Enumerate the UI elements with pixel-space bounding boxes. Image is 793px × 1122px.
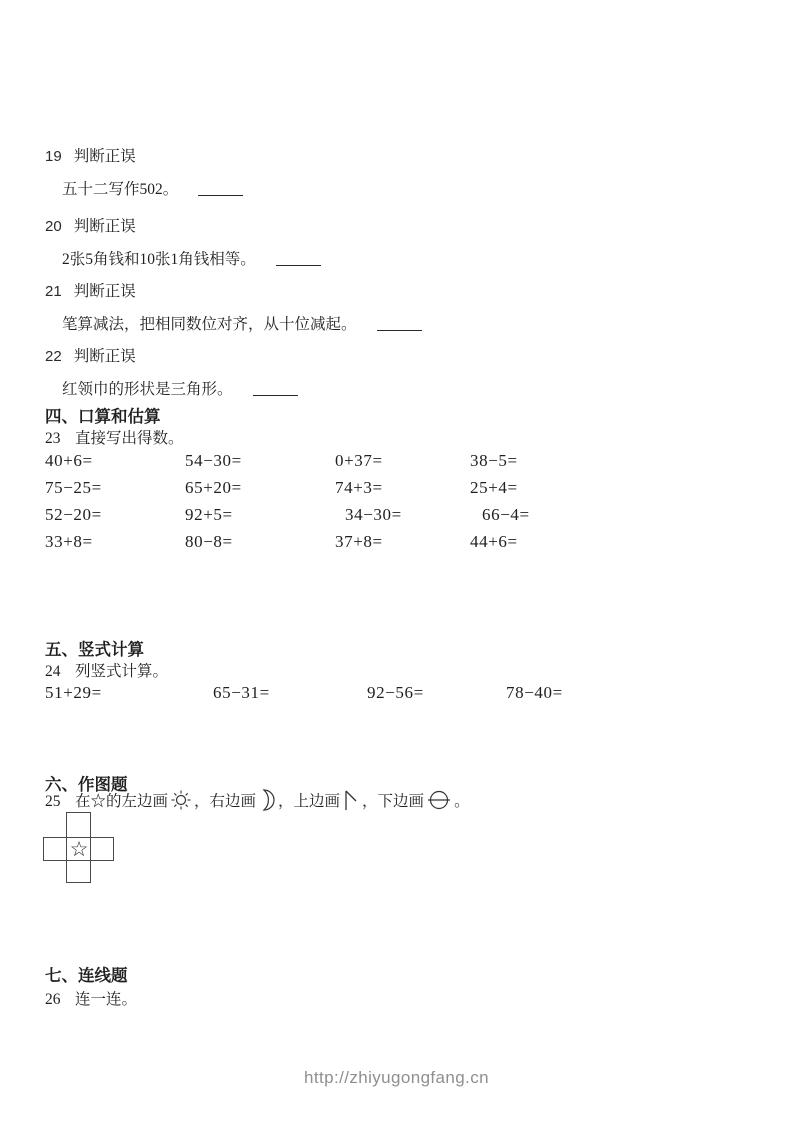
question-23-instruction: 23直接写出得数。 (45, 426, 184, 448)
question-number: 25 (45, 790, 75, 814)
instruction-text: 直接写出得数。 (75, 430, 184, 447)
question-statement: 红领巾的形状是三角形。 (45, 377, 298, 399)
problem-cell: 65−31= (213, 684, 367, 701)
problem-cell: 0+37= (335, 452, 470, 469)
problem-cell: 34−30= (335, 506, 470, 523)
star-glyph: ☆ (67, 837, 91, 861)
question-number: 23 (45, 430, 75, 448)
question-header: 19判断正误 (45, 148, 243, 166)
question-number: 21 (45, 283, 62, 300)
problem-cell: 74+3= (335, 479, 470, 496)
sun-icon (170, 789, 192, 811)
instruction-text-5: 。 (454, 793, 470, 810)
problem-cell: 40+6= (45, 452, 185, 469)
question-number: 24 (45, 663, 75, 681)
judge-question-21: 21判断正误 笔算减法，把相同数位对齐，从十位减起。 (45, 283, 422, 334)
question-26-instruction: 26连一连。 (45, 987, 137, 1009)
question-25-instruction: 25在☆的左边画，右边画，上边画，下边画。 (45, 789, 470, 814)
problem-cell: 54−30= (185, 452, 335, 469)
moon-icon (258, 789, 276, 811)
circle-line-icon (426, 789, 452, 811)
statement-text: 五十二写作502。 (62, 181, 178, 198)
instruction-text-4: ，下边画 (362, 793, 424, 810)
problem-cell: 75−25= (45, 479, 185, 496)
problem-cell: 92+5= (185, 506, 335, 523)
judge-question-19: 19判断正误 五十二写作502。 (45, 148, 243, 199)
question-title: 判断正误 (74, 148, 136, 165)
section-heading-vertical: 五、竖式计算 (45, 636, 144, 660)
question-statement: 2张5角钱和10张1角钱相等。 (45, 247, 321, 269)
question-header: 21判断正误 (45, 283, 422, 301)
instruction-text-2: ，右边画 (194, 793, 256, 810)
statement-text: 笔算减法，把相同数位对齐，从十位减起。 (62, 316, 357, 333)
question-header: 20判断正误 (45, 218, 321, 236)
oral-problems-grid: 40+6= 54−30= 0+37= 38−5= 75−25= 65+20= 7… (45, 452, 530, 550)
problem-cell: 65+20= (185, 479, 335, 496)
instruction-text-1: 在☆的左边画 (75, 793, 168, 810)
instruction-text: 连一连。 (75, 991, 137, 1008)
answer-blank (253, 392, 298, 396)
flag-icon (342, 789, 360, 811)
problem-cell: 92−56= (367, 684, 506, 701)
section-heading-oral: 四、口算和估算 (45, 403, 161, 427)
instruction-text-3: ，上边画 (278, 793, 340, 810)
answer-blank (276, 262, 321, 266)
question-title: 判断正误 (74, 218, 136, 235)
question-number: 19 (45, 148, 62, 165)
question-number: 20 (45, 218, 62, 235)
problem-cell: 38−5= (470, 452, 530, 469)
question-title: 判断正误 (74, 283, 136, 300)
star-cross-figure: ☆ (43, 812, 115, 884)
worksheet-page: 19判断正误 五十二写作502。 20判断正误 2张5角钱和10张1角钱相等。 … (0, 0, 793, 1122)
judge-question-20: 20判断正误 2张5角钱和10张1角钱相等。 (45, 218, 321, 269)
answer-blank (198, 192, 243, 196)
problem-cell: 66−4= (470, 506, 530, 523)
section-heading-matching: 七、连线题 (45, 962, 128, 986)
judge-question-22: 22判断正误 红领巾的形状是三角形。 (45, 348, 298, 399)
instruction-text: 列竖式计算。 (75, 663, 168, 680)
problem-cell: 51+29= (45, 684, 213, 701)
statement-text: 2张5角钱和10张1角钱相等。 (62, 251, 256, 268)
answer-blank (377, 327, 422, 331)
footer-url: http://zhiyugongfang.cn (0, 1068, 793, 1088)
problem-cell: 44+6= (470, 533, 530, 550)
problem-cell: 52−20= (45, 506, 185, 523)
problem-cell: 37+8= (335, 533, 470, 550)
question-title: 判断正误 (74, 348, 136, 365)
question-statement: 五十二写作502。 (45, 177, 243, 199)
question-statement: 笔算减法，把相同数位对齐，从十位减起。 (45, 312, 422, 334)
question-24-instruction: 24列竖式计算。 (45, 659, 168, 681)
question-number: 22 (45, 348, 62, 365)
question-number: 26 (45, 991, 75, 1009)
problem-cell: 78−40= (506, 684, 563, 701)
problem-cell: 25+4= (470, 479, 530, 496)
statement-text: 红领巾的形状是三角形。 (62, 381, 233, 398)
problem-cell: 33+8= (45, 533, 185, 550)
problem-cell: 80−8= (185, 533, 335, 550)
question-header: 22判断正误 (45, 348, 298, 366)
vertical-problems-row: 51+29= 65−31= 92−56= 78−40= (45, 684, 563, 701)
